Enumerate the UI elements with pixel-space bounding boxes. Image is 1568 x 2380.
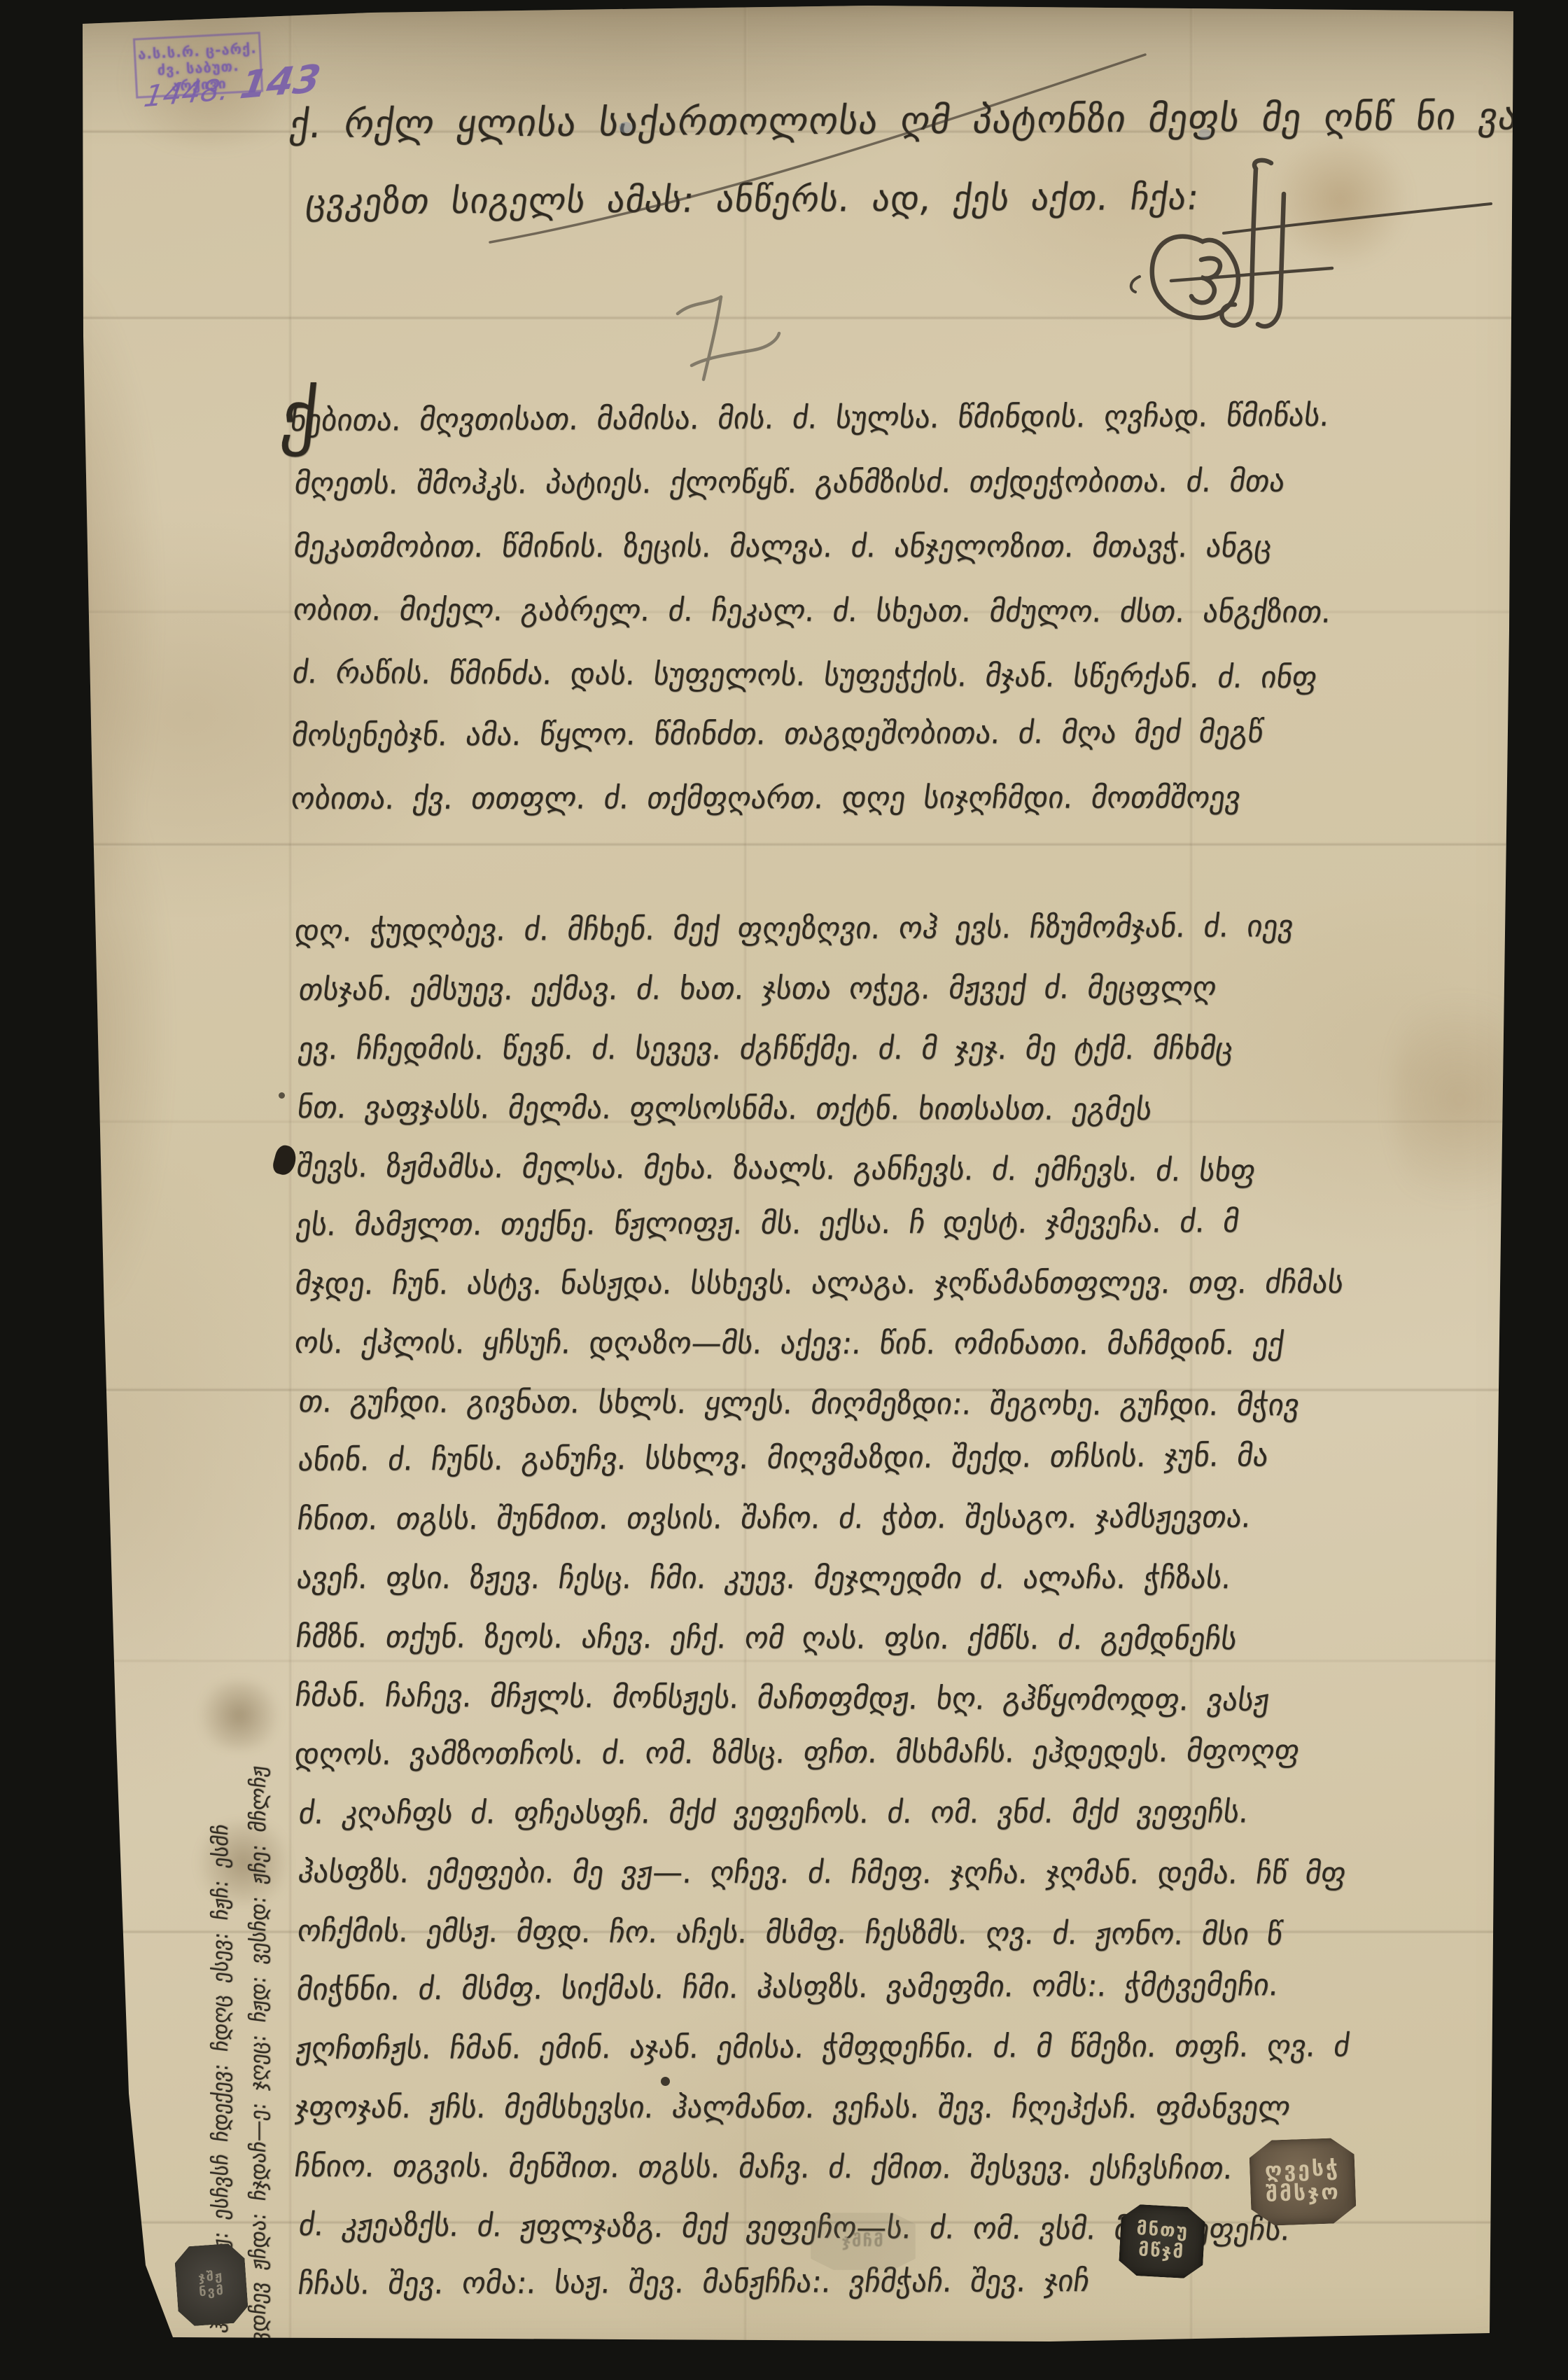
- royal-monogram-khelrtva: [1119, 158, 1497, 333]
- text-line: მჯდე. ჩუნ. ასტვ. ნასჟდა. სსხევს. ალაგა. …: [292, 1253, 1353, 1314]
- document-scan: ა.ს.ს.რ. ც-არქ. ძვ. საბუთ. არქივი 1448.1…: [0, 0, 1568, 2380]
- ink-seal-small: ჯშჟ ნვმ: [174, 2243, 249, 2327]
- text-line: ძ. კღაჩფს ძ. ფჩეასფჩ. მქძ ვეფეჩოს. ძ. ომ…: [295, 1783, 1357, 1843]
- archive-stamp: ა.ს.ს.რ. ც-არქ. ძვ. საბუთ. არქივი 1448.1…: [133, 32, 263, 98]
- text-line: თსჯან. ემსუევ. ექმავ. ძ. ხათ. ჯსთა ოჭეგ.…: [295, 958, 1357, 1019]
- blue-fleck: [1198, 129, 1211, 139]
- ink-blot: [271, 1143, 299, 1177]
- text-line: ნებითა. მღვთისათ. მამისა. მის. ძ. სულსა.…: [286, 384, 1333, 452]
- fold-crease: [289, 0, 293, 2380]
- ink-dot: [279, 1092, 285, 1099]
- text-line: ჟღჩთჩჟს. ჩმან. ემინ. აჯან. ემისა. ჭმფდეჩ…: [293, 2017, 1354, 2078]
- seal-inscription: ჯშჩმ: [841, 2232, 885, 2251]
- page-number: 7: [665, 293, 787, 387]
- text-line: ობითა. ქვ. თთფლ. ძ. თქმფღართ. დღე სიჯღჩმ…: [287, 766, 1333, 830]
- text-line: მიჭნნი. ძ. მსმფ. სიქმას. ჩმი. ჰასფზს. ვა…: [293, 1956, 1354, 2019]
- text-line: დღოს. ვამზოთჩოს. ძ. ომ. ზმსც. ფჩთ. მსხმა…: [291, 1721, 1352, 1784]
- text-line: მღეთს. შმოჰკს. პატიეს. ქლოწყწ. განმზისძ.…: [290, 450, 1338, 515]
- archive-number-left: 1448.: [141, 72, 232, 114]
- text-line: ნთ. ვაფჯასს. მელმა. ფლსოსნმა. თქტნ. ხითს…: [293, 1078, 1354, 1140]
- text-line: ეს. მამჟლთ. თექნე. წჟლიფჟ. მს. ექსა. ჩ დ…: [293, 1192, 1354, 1255]
- text-line: თ. გუჩდი. გივნათ. სხლს. ყლეს. მიღმეზდი:.…: [295, 1372, 1355, 1435]
- stain-margin-blob-1: [190, 1680, 288, 1751]
- pen-flourish: [483, 42, 1155, 252]
- manuscript-page: ა.ს.ს.რ. ც-არქ. ძვ. საბუთ. არქივი 1448.1…: [0, 0, 1568, 2380]
- blue-fleck: [619, 122, 633, 133]
- seal-inscription: ღვესჭ: [1264, 2157, 1340, 2183]
- text-line: ოჩქმის. ემსჟ. მფდ. ჩო. აჩეს. მსმფ. ჩესზმ…: [293, 1902, 1354, 1965]
- text-line: ჩნით. თგსს. შუნმით. თვსის. შაჩო. ძ. ჭბთ.…: [294, 1487, 1355, 1549]
- stain-right-edge: [1393, 966, 1526, 1232]
- text-line: შევს. ზჟმამსა. მელსა. მეხა. ზაალს. განჩე…: [293, 1137, 1353, 1201]
- body-paragraph-1: ნებითა. მღვთისათ. მამისა. მის. ძ. სულსა.…: [293, 389, 1331, 830]
- text-line: ანინ. ძ. ჩუნს. განუჩვ. სსხლვ. მიღვმაზდი.…: [295, 1426, 1356, 1490]
- seal-inscription: ნვმ: [199, 2284, 225, 2300]
- stain-margin-blob-2: [188, 1821, 300, 1905]
- margin-note-inner: ჟს ვდჩევ ჟჩდა: ჩჯდაჩ—ე: ჯღეც: ჩჟდ: ვესჩდ…: [246, 1765, 271, 2378]
- fold-crease: [0, 843, 1568, 847]
- seal-inscription: მწჯმ: [1137, 2240, 1184, 2263]
- text-line: ევ. ჩჩედმის. წევნ. ძ. სევევ. ძგჩწქმე. ძ.…: [294, 1019, 1354, 1078]
- seal-inscription: შმსჯო: [1266, 2180, 1340, 2207]
- body-paragraph-2: დღ. ჭუდღბევ. ძ. მჩხენ. მექ ფღეზღვი. ოჰ ე…: [297, 902, 1350, 2313]
- text-line: ჩმზნ. თქუნ. ზეოს. აჩევ. ეჩქ. ომ ღას. ფსი…: [292, 1608, 1352, 1669]
- text-line: ჯფოჯან. ჟჩს. მემსხევსი. ჰალმანთ. ვეჩას. …: [291, 2078, 1352, 2137]
- text-line: ჰასფზს. ემეფები. მე ვჟ—. ღჩევ. ძ. ჩმეფ. …: [294, 1843, 1354, 1903]
- text-line: ჩნიო. თგვის. მენშით. თგსს. მაჩვ. ძ. ქმით…: [290, 2137, 1351, 2199]
- ink-seal-faint: ჯშჩმ: [811, 2213, 916, 2270]
- archive-number-right: 143: [237, 56, 323, 107]
- text-line: ჩმან. ჩაჩევ. მჩჟლს. მონსჟეს. მაჩთფმდჟ. ხ…: [291, 1666, 1352, 1730]
- text-line: ძ. რაწის. წმინძა. დას. სუფელოს. სუფეჭქის…: [288, 641, 1335, 709]
- ink-seal-black: მნთუ მწჯმ: [1118, 2204, 1205, 2279]
- text-line: დღ. ჭუდღბევ. ძ. მჩხენ. მექ ფღეზღვი. ოჰ ე…: [291, 897, 1352, 961]
- ink-dot: [661, 2077, 670, 2086]
- text-line: მოსენებჯნ. ამა. წყლო. წმინძთ. თაგდეშობით…: [288, 701, 1335, 767]
- wax-seal-brown: ღვესჭ შმსჯო: [1249, 2137, 1357, 2226]
- text-line: ობით. მიქელ. გაბრელ. ძ. ჩეკალ. ძ. სხეათ.…: [289, 578, 1336, 644]
- text-line: ოს. ქჰლის. ყჩსუჩ. დღაზო—მს. აქევ:. წინ. …: [290, 1314, 1351, 1374]
- water-stain-left: [0, 182, 252, 1302]
- text-line: მეკათმობით. წმინის. ზეცის. მალვა. ძ. ანჯ…: [290, 515, 1336, 578]
- text-line: ავეჩ. ფსი. ზჟევ. ჩესც. ჩმი. კუევ. მეჯლედ…: [293, 1549, 1353, 1608]
